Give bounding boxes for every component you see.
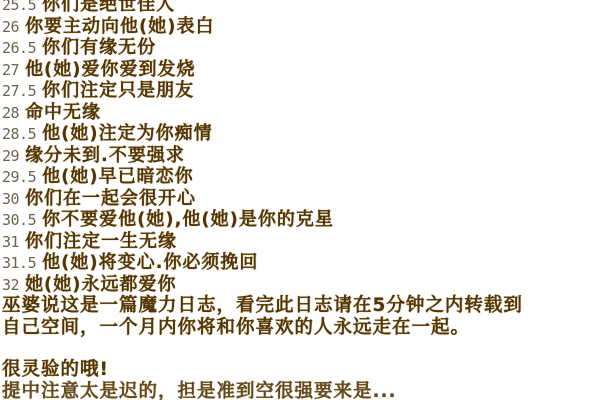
list-item: 28.5他(她)注定为你痴情 <box>2 123 598 145</box>
item-number: 29.5 <box>2 167 36 189</box>
list-item: 29.5他(她)早已暗恋你 <box>2 166 598 188</box>
item-text: 你们在一起会很开心 <box>25 188 196 210</box>
item-number: 28 <box>2 103 19 125</box>
item-number: 27 <box>2 60 19 82</box>
item-text: 命中无缘 <box>25 102 101 124</box>
item-text: 缘分未到.不要强求 <box>25 145 185 167</box>
list-item: 26.5你们有缘无份 <box>2 37 598 59</box>
list-item: 25.5你们是绝世佳人 <box>2 0 598 16</box>
chain-message-line-1: 巫婆说这是一篇魔力日志，看完此日志请在5分钟之内转载到 <box>2 295 598 317</box>
item-number: 30 <box>2 189 19 211</box>
item-text: 你们是绝世佳人 <box>42 0 175 16</box>
list-item: 27他(她)爱你爱到发烧 <box>2 59 598 81</box>
list-item: 30.5你不要爱他(她),他(她)是你的克星 <box>2 209 598 231</box>
item-text: 你们注定一生无缘 <box>25 231 177 253</box>
item-text: 你们注定只是朋友 <box>42 80 194 102</box>
item-number: 29 <box>2 146 19 168</box>
item-number: 31 <box>2 232 19 254</box>
item-number: 32 <box>2 275 19 297</box>
list-item: 28命中无缘 <box>2 102 598 124</box>
item-number: 31.5 <box>2 253 36 275</box>
list-item: 31.5他(她)将变心.你必须挽回 <box>2 252 598 274</box>
closing-text: 很灵验的哦! <box>2 359 598 381</box>
item-number: 28.5 <box>2 124 36 146</box>
list-item: 31你们注定一生无缘 <box>2 231 598 253</box>
item-text: 他(她)注定为你痴情 <box>42 123 212 145</box>
list-item: 29缘分未到.不要强求 <box>2 145 598 167</box>
spacer <box>2 339 598 359</box>
item-text: 她(她)永远都爱你 <box>25 274 176 296</box>
fortune-list: 25.5你们是绝世佳人 26你要主动向他(她)表白 26.5你们有缘无份 27他… <box>2 0 598 295</box>
item-text: 他(她)早已暗恋你 <box>42 166 193 188</box>
document-page: 25.5你们是绝世佳人 26你要主动向他(她)表白 26.5你们有缘无份 27他… <box>2 0 598 400</box>
list-item: 32她(她)永远都爱你 <box>2 274 598 296</box>
list-item: 27.5你们注定只是朋友 <box>2 80 598 102</box>
item-text: 你要主动向他(她)表白 <box>25 16 214 38</box>
item-text: 他(她)将变心.你必须挽回 <box>42 252 258 274</box>
item-number: 26.5 <box>2 38 36 60</box>
item-number: 25.5 <box>2 0 36 17</box>
list-item: 30你们在一起会很开心 <box>2 188 598 210</box>
item-text: 你们有缘无份 <box>42 37 156 59</box>
item-text: 他(她)爱你爱到发烧 <box>25 59 195 81</box>
chain-message-line-2: 自己空间，一个月内你将和你喜欢的人永远走在一起。 <box>2 317 598 339</box>
item-number: 30.5 <box>2 210 36 232</box>
item-text: 你不要爱他(她),他(她)是你的克星 <box>42 209 334 231</box>
item-number: 27.5 <box>2 81 36 103</box>
list-item: 26你要主动向他(她)表白 <box>2 16 598 38</box>
cut-off-line: 提中注意太是迟的，担是准到空很强要来是... <box>2 381 598 400</box>
item-number: 26 <box>2 17 19 39</box>
